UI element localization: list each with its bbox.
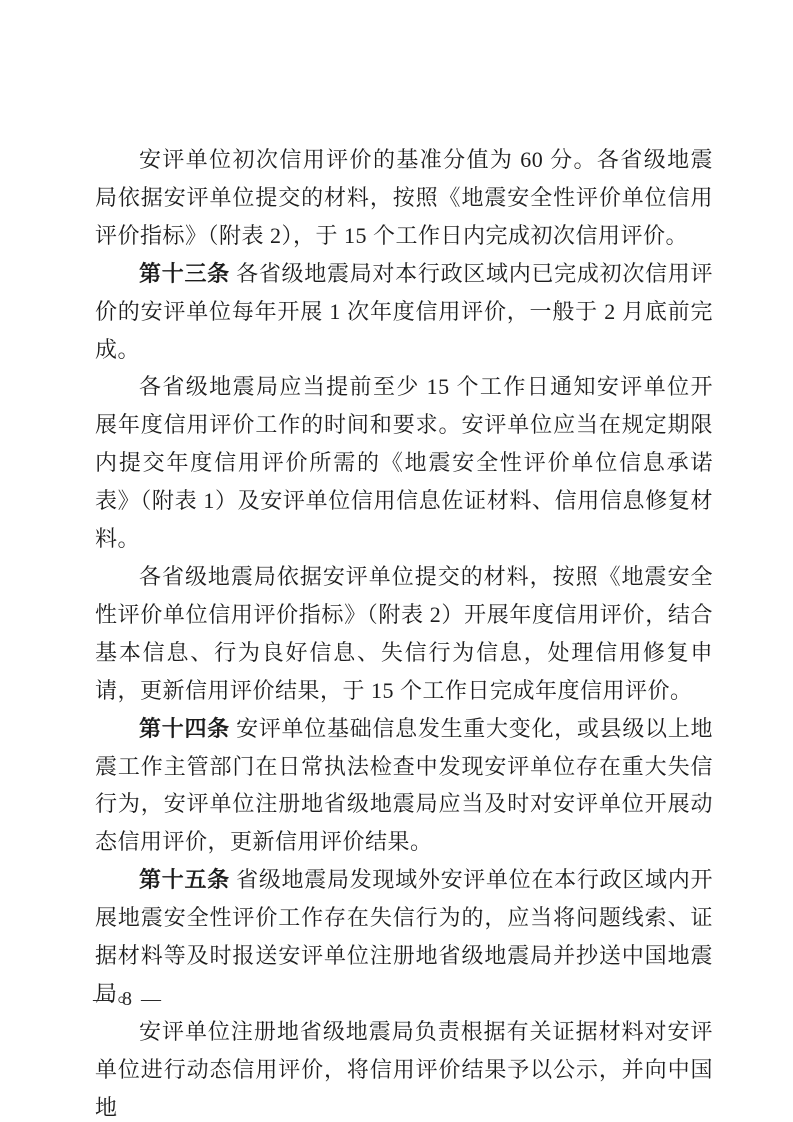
paragraph-text: 安评单位初次信用评价的基准分值为 60 分。各省级地震局依据安评单位提交的材料，… [95,147,713,248]
paragraph: 各省级地震局应当提前至少 15 个工作日通知安评单位开展年度信用评价工作的时间和… [95,368,713,558]
paragraph: 第十五条 省级地震局发现域外安评单位在本行政区域内开展地震安全性评价工作存在失信… [95,861,713,1013]
page-number: — 8 — [93,988,163,1011]
document-page: 安评单位初次信用评价的基准分值为 60 分。各省级地震局依据安评单位提交的材料，… [0,0,793,1122]
paragraph: 第十四条 安评单位基础信息发生重大变化，或县级以上地震工作主管部门在日常执法检查… [95,710,713,862]
paragraph-text: 安评单位注册地省级地震局负责根据有关证据材料对安评单位进行动态信用评价，将信用评… [95,1019,713,1120]
paragraph: 第十三条 各省级地震局对本行政区域内已完成初次信用评价的安评单位每年开展 1 次… [95,255,713,369]
paragraph-text: 各省级地震局依据安评单位提交的材料，按照《地震安全性评价单位信用评价指标》（附表… [95,564,713,703]
paragraph: 安评单位注册地省级地震局负责根据有关证据材料对安评单位进行动态信用评价，将信用评… [95,1013,713,1122]
paragraph: 安评单位初次信用评价的基准分值为 60 分。各省级地震局依据安评单位提交的材料，… [95,141,713,255]
article-number: 第十三条 [139,261,236,286]
article-number: 第十四条 [139,716,236,741]
paragraph: 各省级地震局依据安评单位提交的材料，按照《地震安全性评价单位信用评价指标》（附表… [95,558,713,710]
article-number: 第十五条 [139,867,236,892]
document-body: 安评单位初次信用评价的基准分值为 60 分。各省级地震局依据安评单位提交的材料，… [95,141,713,1122]
paragraph-text: 各省级地震局应当提前至少 15 个工作日通知安评单位开展年度信用评价工作的时间和… [95,374,713,551]
